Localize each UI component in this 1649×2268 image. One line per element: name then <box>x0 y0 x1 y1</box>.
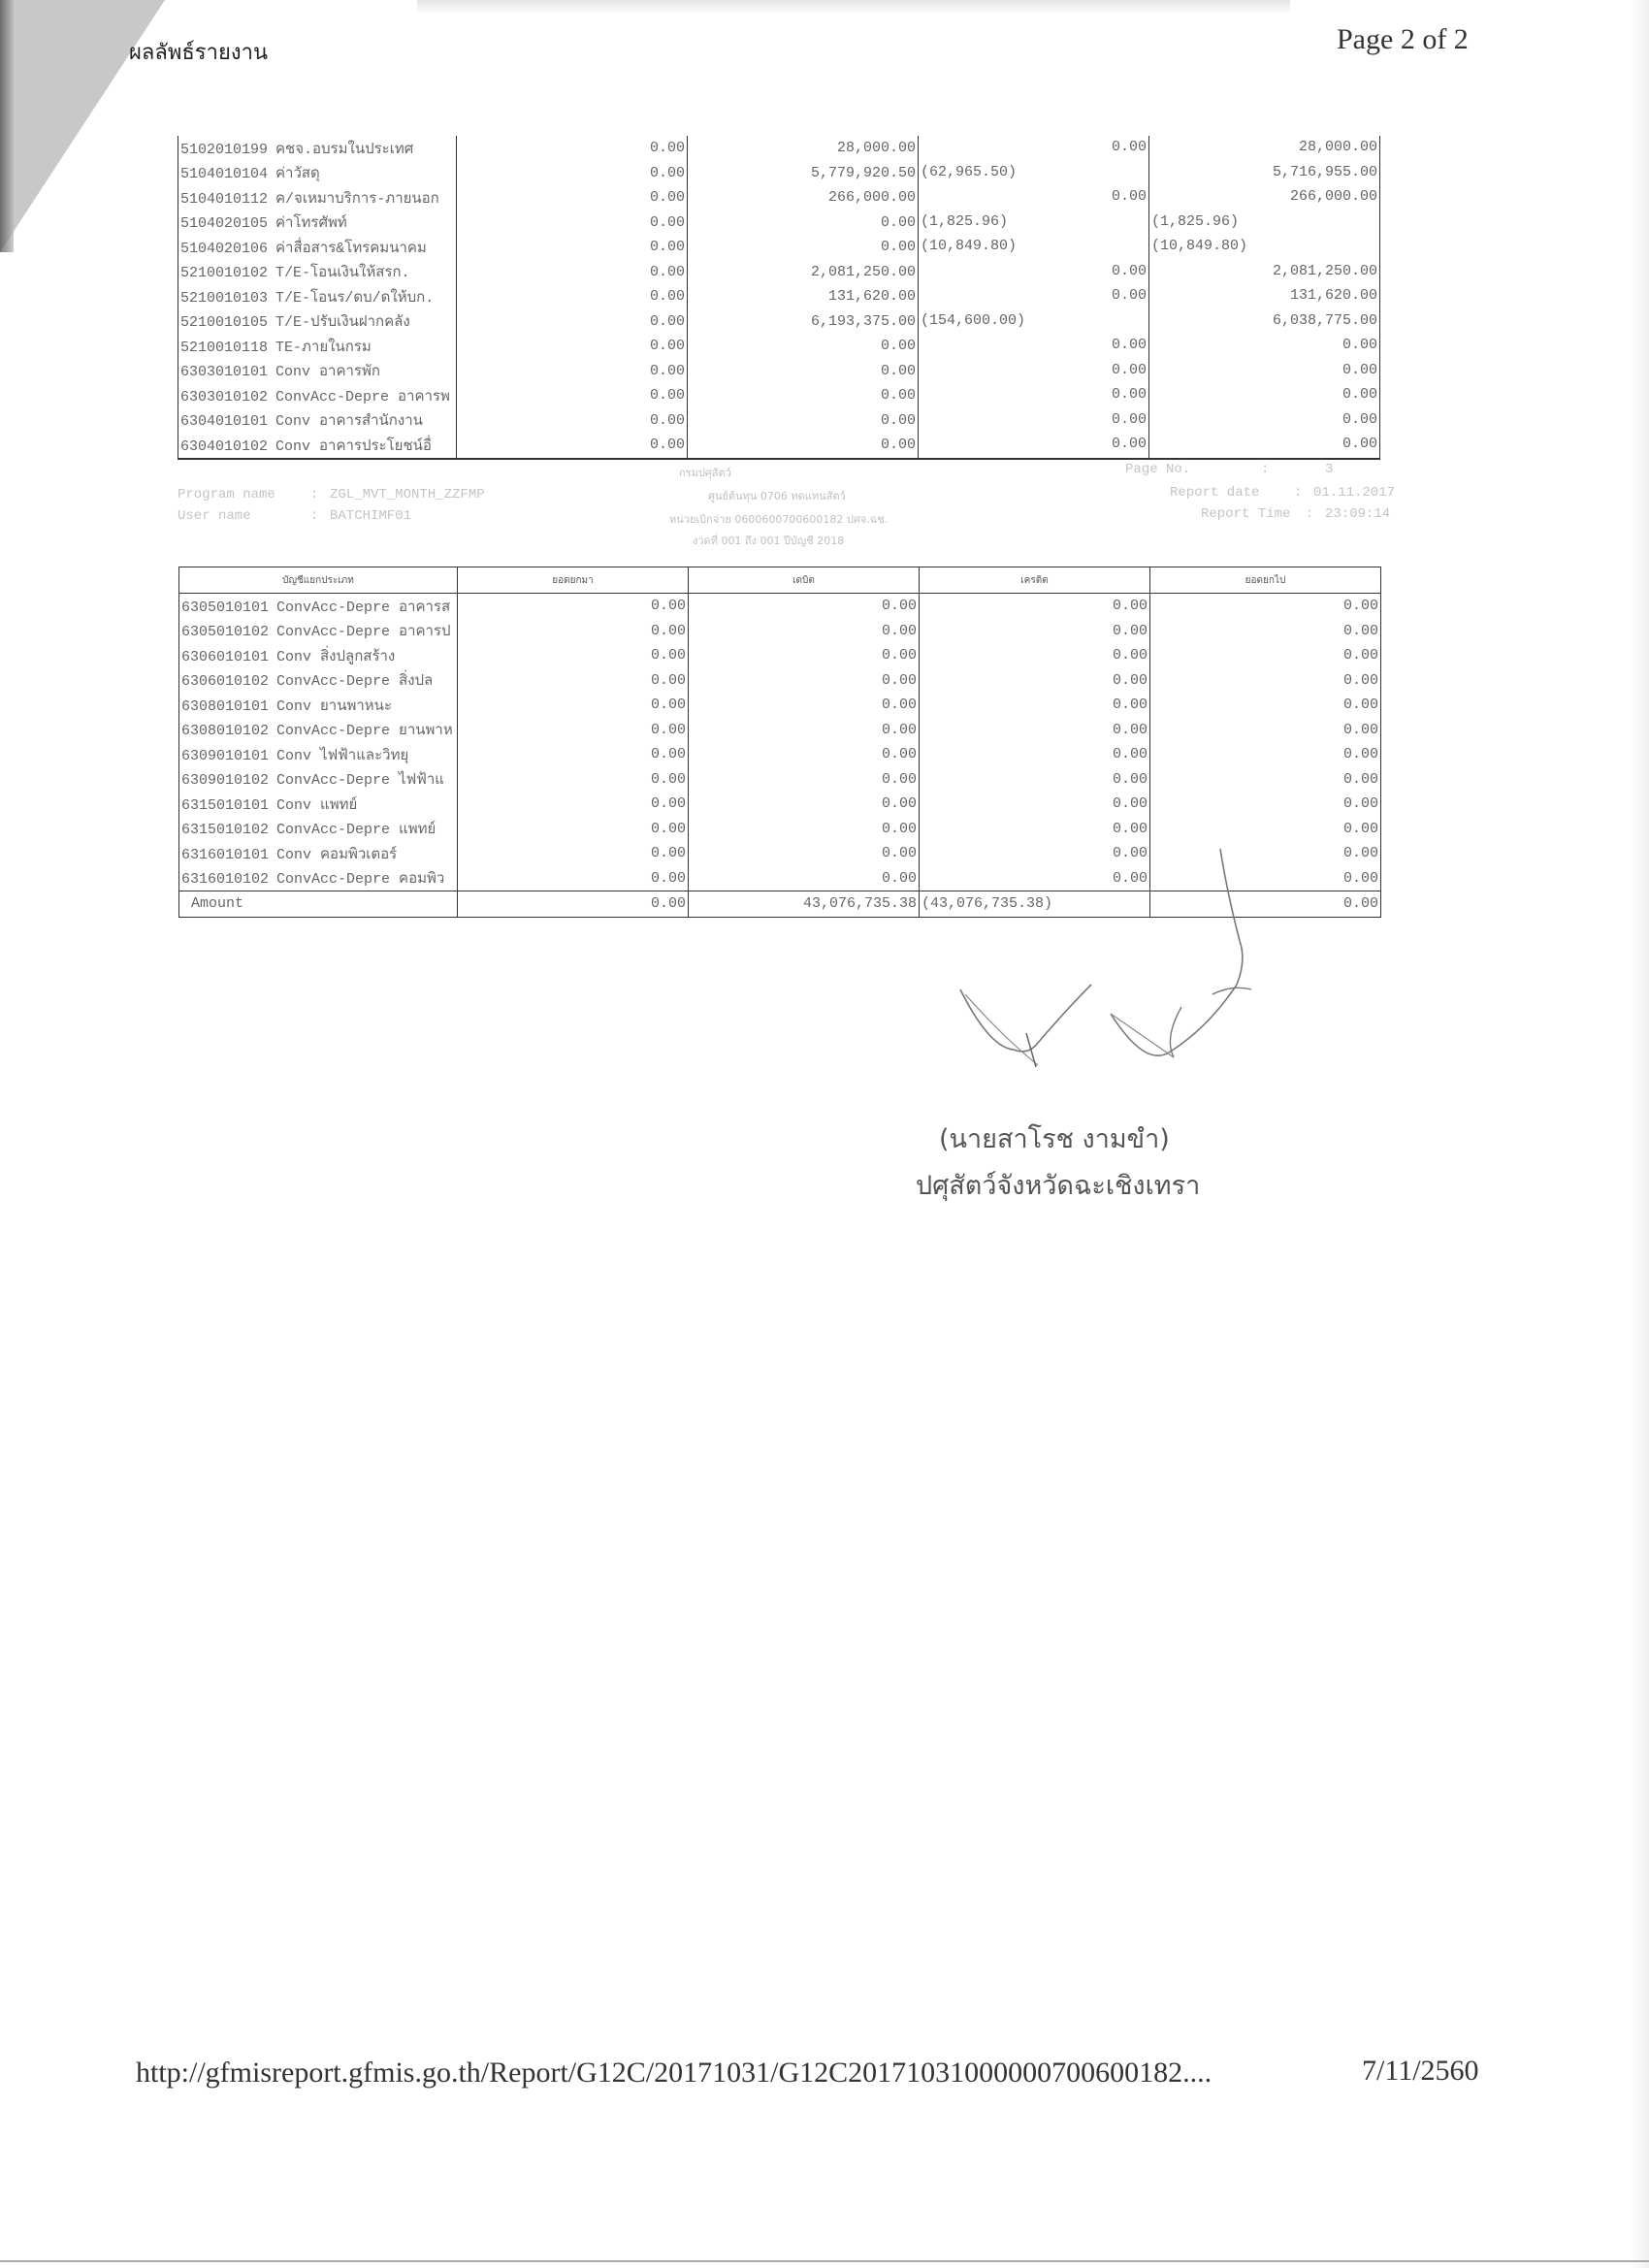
debit-cell: 0.00 <box>689 767 920 793</box>
col-header-brought-forward: ยอดยกมา <box>458 567 689 594</box>
debit-cell: 0.00 <box>689 718 920 743</box>
table-row: 6308010102ConvAcc-Depre ยานพาห0.000.000.… <box>179 718 1381 743</box>
debit-cell: 0.00 <box>688 334 919 359</box>
credit-cell: 0.00 <box>919 284 1149 309</box>
user-name-value: BATCHIMF01 <box>330 508 411 524</box>
account-cell: 5104020105ค่าโทรศัพท์ <box>178 211 457 236</box>
carry-forward-cell: 5,716,955.00 <box>1149 161 1380 186</box>
table-row: 5210010118TE-ภายในกรม0.000.000.000.00 <box>178 334 1380 359</box>
brought-forward-cell: 0.00 <box>458 817 689 842</box>
col-header-account: บัญชีแยกประเภท <box>179 567 458 594</box>
credit-cell: 0.00 <box>920 643 1150 668</box>
carry-value: 0.00 <box>1342 362 1377 378</box>
credit-cell: (10,849.80) <box>919 235 1149 260</box>
brought-forward-cell: 0.00 <box>458 866 689 891</box>
signer-name: (นายสาโรช งามขำ) <box>939 1118 1170 1159</box>
page-no-colon: : <box>1261 462 1269 477</box>
debit-cell: 28,000.00 <box>688 136 919 161</box>
account-name: ConvAcc-Depre อาคารป <box>276 624 451 640</box>
debit-cell: 0.00 <box>688 235 919 260</box>
table-row: 6306010102ConvAcc-Depre สิ่งปล0.000.000.… <box>179 668 1381 694</box>
table-row: 5104020105ค่าโทรศัพท์0.000.00(1,825.96)(… <box>178 211 1380 236</box>
credit-cell: 0.00 <box>920 742 1150 767</box>
account-cell: 5210010102T/E-โอนเงินให้สรก. <box>178 260 457 285</box>
credit-cell: (154,600.00) <box>919 309 1149 335</box>
brought-forward-cell: 0.00 <box>457 235 688 260</box>
account-cell: 6316010101Conv คอมพิวเตอร์ <box>179 841 458 866</box>
account-cell: 5104010104ค่าวัสดุ <box>178 161 457 186</box>
account-code: 6315010101 <box>181 797 269 814</box>
account-code: 5104010104 <box>180 166 268 182</box>
carry-value: 266,000.00 <box>1290 188 1377 205</box>
account-code: 5104020106 <box>180 241 268 257</box>
account-name: ConvAcc-Depre สิ่งปล <box>276 673 433 690</box>
brought-forward-cell: 0.00 <box>458 693 689 718</box>
table-row: 6309010102ConvAcc-Depre ไฟฟ้าแ0.000.000.… <box>179 767 1381 793</box>
credit-value: 0.00 <box>1112 337 1147 353</box>
carry-value: 5,716,955.00 <box>1273 164 1377 180</box>
table-row: 5104010112ค/จเหมาบริการ-ภายนอก0.00266,00… <box>178 185 1380 211</box>
report-date-label: Report date <box>1170 485 1259 501</box>
brought-forward-cell: 0.00 <box>458 742 689 767</box>
credit-cell: 0.00 <box>919 334 1149 359</box>
brought-forward-cell: 0.00 <box>457 161 688 186</box>
brought-forward-cell: 0.00 <box>458 841 689 866</box>
table-row: 6308010101Conv ยานพาหนะ0.000.000.000.00 <box>179 693 1381 718</box>
brought-forward-cell: 0.00 <box>457 284 688 309</box>
credit-cell: 0.00 <box>919 260 1149 285</box>
carry-forward-cell: 0.00 <box>1149 359 1380 384</box>
carry-value: 131,620.00 <box>1290 287 1377 304</box>
credit-value: 0.00 <box>1112 263 1147 279</box>
credit-negative-value: (1,825.96) <box>921 213 1008 230</box>
brought-forward-cell: 0.00 <box>457 185 688 211</box>
credit-value: 0.00 <box>1112 411 1147 428</box>
handwritten-signature <box>931 834 1261 1086</box>
account-code: 6306010101 <box>181 649 269 665</box>
table-row: 5104010104ค่าวัสดุ0.005,779,920.50(62,96… <box>178 161 1380 186</box>
carry-forward-cell: (1,825.96) <box>1149 211 1380 236</box>
credit-cell: 0.00 <box>920 668 1150 694</box>
debit-cell: 0.00 <box>689 866 920 891</box>
credit-negative-value: (62,965.50) <box>921 164 1017 180</box>
account-code: 6303010101 <box>180 364 268 380</box>
table-row: 6304010101Conv อาคารสำนักงาน0.000.000.00… <box>178 408 1380 434</box>
credit-cell: 0.00 <box>919 359 1149 384</box>
page-no-label: Page No. <box>1125 462 1190 477</box>
credit-value: 0.00 <box>1112 386 1147 403</box>
credit-cell: (62,965.50) <box>919 161 1149 186</box>
account-code: 6306010102 <box>181 673 269 690</box>
scan-bottom-edge <box>0 2260 1649 2262</box>
credit-cell: 0.00 <box>919 408 1149 434</box>
account-code: 5210010103 <box>180 290 268 307</box>
credit-cell: 0.00 <box>920 594 1150 619</box>
scan-right-shadow <box>1630 0 1649 2268</box>
debit-cell: 0.00 <box>689 817 920 842</box>
footer-date: 7/11/2560 <box>1362 2055 1479 2088</box>
page-indicator: Page 2 of 2 <box>1337 23 1469 56</box>
carry-value: 28,000.00 <box>1299 139 1377 155</box>
credit-cell: 0.00 <box>920 619 1150 644</box>
credit-cell: 0.00 <box>920 792 1150 817</box>
table-row: 5210010102T/E-โอนเงินให้สรก.0.002,081,25… <box>178 260 1380 285</box>
table-row: 6303010101Conv อาคารพัก0.000.000.000.00 <box>178 359 1380 384</box>
report-time-label: Report Time <box>1201 506 1290 522</box>
account-cell: 6309010101Conv ไฟฟ้าและวิทยุ <box>179 742 458 767</box>
credit-cell: 0.00 <box>920 693 1150 718</box>
report-time-value: 23:09:14 <box>1325 506 1390 522</box>
unit-line: ศูนย์ต้นทุน 0706 ทดแทนสัตว์ <box>708 487 846 504</box>
account-code: 5210010118 <box>180 340 268 356</box>
account-name: ConvAcc-Depre ยานพาห <box>276 723 453 739</box>
debit-cell: 0.00 <box>689 792 920 817</box>
total-debit: 43,076,735.38 <box>689 891 920 918</box>
account-name: T/E-ปรับเงินฝากคลัง <box>275 314 410 331</box>
brought-forward-cell: 0.00 <box>457 260 688 285</box>
account-name: Conv แพทย์ <box>276 797 357 814</box>
brought-forward-cell: 0.00 <box>458 767 689 793</box>
account-code: 6309010102 <box>181 772 269 789</box>
table-row: 6303010102ConvAcc-Depre อาคารพ0.000.000.… <box>178 383 1380 408</box>
brought-forward-cell: 0.00 <box>458 718 689 743</box>
table-row: 6315010101Conv แพทย์0.000.000.000.00 <box>179 792 1381 817</box>
account-code: 6309010101 <box>181 748 269 764</box>
account-code: 5104010112 <box>180 191 268 208</box>
account-code: 6308010101 <box>181 698 269 715</box>
account-name: Conv คอมพิวเตอร์ <box>276 847 397 863</box>
debit-cell: 0.00 <box>689 693 920 718</box>
carry-forward-cell: 0.00 <box>1150 693 1381 718</box>
credit-value: 0.00 <box>1112 188 1147 205</box>
brought-forward-cell: 0.00 <box>457 334 688 359</box>
account-cell: 5104020106ค่าสื่อสาร&โทรคมนาคม <box>178 235 457 260</box>
account-cell: 5210010118TE-ภายในกรม <box>178 334 457 359</box>
carry-forward-cell: 0.00 <box>1150 792 1381 817</box>
user-name-colon: : <box>310 508 318 524</box>
account-name: ConvAcc-Depre คอมพิว <box>276 871 444 888</box>
account-code: 6305010102 <box>181 624 269 640</box>
document-title: ผลลัพธ์รายงาน <box>129 35 268 69</box>
account-name: Conv อาคารสำนักงาน <box>275 413 423 430</box>
table-row: 5210010103T/E-โอนร/ดบ/ดให้บก.0.00131,620… <box>178 284 1380 309</box>
debit-cell: 0.00 <box>689 841 920 866</box>
table-row: 5210010105T/E-ปรับเงินฝากคลัง0.006,193,3… <box>178 309 1380 335</box>
credit-value: 0.00 <box>1112 287 1147 304</box>
account-cell: 6308010102ConvAcc-Depre ยานพาห <box>179 718 458 743</box>
scan-top-shadow <box>417 0 1290 14</box>
brought-forward-cell: 0.00 <box>457 433 688 459</box>
report-date-value: 01.11.2017 <box>1313 485 1395 501</box>
carry-value: 0.00 <box>1342 337 1377 353</box>
carry-value: 6,038,775.00 <box>1273 312 1377 329</box>
debit-cell: 0.00 <box>688 408 919 434</box>
debit-cell: 0.00 <box>688 433 919 459</box>
program-name-value: ZGL_MVT_MONTH_ZZFMP <box>330 487 485 502</box>
dept-line: กรมปศุสัตว์ <box>679 464 731 481</box>
account-code: 6308010102 <box>181 723 269 739</box>
debit-cell: 0.00 <box>688 211 919 236</box>
table-row: 6305010102ConvAcc-Depre อาคารป0.000.000.… <box>179 619 1381 644</box>
total-brought-forward: 0.00 <box>458 891 689 918</box>
account-cell: 6309010102ConvAcc-Depre ไฟฟ้าแ <box>179 767 458 793</box>
account-cell: 6306010102ConvAcc-Depre สิ่งปล <box>179 668 458 694</box>
carry-forward-cell: 6,038,775.00 <box>1149 309 1380 335</box>
footer-url: http://gfmisreport.gfmis.go.th/Report/G1… <box>136 2057 1212 2090</box>
carry-forward-cell: 0.00 <box>1150 643 1381 668</box>
table-row: 5102010199คชจ.อบรมในประเทศ0.0028,000.000… <box>178 136 1380 161</box>
credit-cell: 0.00 <box>920 767 1150 793</box>
debit-cell: 0.00 <box>688 383 919 408</box>
carry-forward-cell: 0.00 <box>1149 433 1380 459</box>
brought-forward-cell: 0.00 <box>458 643 689 668</box>
agency-line: หน่วยเบิกจ่าย 0600600700600182 ปศจ.ฉช. <box>669 510 888 528</box>
carry-forward-cell: 0.00 <box>1150 619 1381 644</box>
brought-forward-cell: 0.00 <box>457 211 688 236</box>
account-name: ค่าโทรศัพท์ <box>275 215 347 232</box>
account-name: Conv สิ่งปลูกสร้าง <box>276 649 395 665</box>
account-cell: 6303010102ConvAcc-Depre อาคารพ <box>178 383 457 408</box>
account-cell: 6308010101Conv ยานพาหนะ <box>179 693 458 718</box>
account-code: 6316010101 <box>181 847 269 863</box>
carry-forward-cell: 28,000.00 <box>1149 136 1380 161</box>
credit-cell: 0.00 <box>919 383 1149 408</box>
account-code: 5104020105 <box>180 215 268 232</box>
brought-forward-cell: 0.00 <box>458 594 689 619</box>
carry-forward-cell: 0.00 <box>1150 742 1381 767</box>
account-cell: 5104010112ค/จเหมาบริการ-ภายนอก <box>178 185 457 211</box>
program-name-colon: : <box>310 487 318 502</box>
account-cell: 6305010101ConvAcc-Depre อาคารส <box>179 594 458 619</box>
credit-cell: 0.00 <box>919 136 1149 161</box>
account-code: 6303010102 <box>180 389 268 405</box>
account-cell: 6304010101Conv อาคารสำนักงาน <box>178 408 457 434</box>
credit-value: 0.00 <box>1112 436 1147 452</box>
carry-forward-cell: 0.00 <box>1150 767 1381 793</box>
account-code: 6315010102 <box>181 822 269 838</box>
debit-cell: 131,620.00 <box>688 284 919 309</box>
account-name: ConvAcc-Depre แพทย์ <box>276 822 436 838</box>
debit-cell: 266,000.00 <box>688 185 919 211</box>
debit-cell: 0.00 <box>689 643 920 668</box>
account-name: TE-ภายในกรม <box>275 340 372 356</box>
period-line: งวดที่ 001 ถึง 001 ปีบัญชี 2018 <box>693 532 844 549</box>
col-header-credit: เครดิต <box>920 567 1150 594</box>
account-cell: 6303010101Conv อาคารพัก <box>178 359 457 384</box>
account-name: ค่าวัสดุ <box>275 166 320 182</box>
total-label: Amount <box>179 891 458 918</box>
account-name: คชจ.อบรมในประเทศ <box>275 142 413 158</box>
debit-cell: 6,193,375.00 <box>688 309 919 335</box>
page-no-value: 3 <box>1325 462 1333 477</box>
carry-forward-cell: 0.00 <box>1150 718 1381 743</box>
debit-cell: 0.00 <box>689 619 920 644</box>
brought-forward-cell: 0.00 <box>457 383 688 408</box>
debit-cell: 0.00 <box>688 359 919 384</box>
brought-forward-cell: 0.00 <box>458 792 689 817</box>
brought-forward-cell: 0.00 <box>458 619 689 644</box>
carry-value: 0.00 <box>1342 386 1377 403</box>
account-code: 6304010101 <box>180 413 268 430</box>
table-row: 5104020106ค่าสื่อสาร&โทรคมนาคม0.000.00(1… <box>178 235 1380 260</box>
credit-value: 0.00 <box>1112 139 1147 155</box>
account-code: 5102010199 <box>180 142 268 158</box>
carry-negative-value: (10,849.80) <box>1151 238 1247 254</box>
carry-forward-cell: 0.00 <box>1149 383 1380 408</box>
credit-negative-value: (10,849.80) <box>921 238 1017 254</box>
debit-cell: 0.00 <box>689 742 920 767</box>
table-row: 6305010101ConvAcc-Depre อาคารส0.000.000.… <box>179 594 1381 619</box>
report-date-colon: : <box>1294 485 1302 501</box>
carry-forward-cell: 266,000.00 <box>1149 185 1380 211</box>
account-name: ค่าสื่อสาร&โทรคมนาคม <box>275 241 427 257</box>
account-cell: 6306010101Conv สิ่งปลูกสร้าง <box>179 643 458 668</box>
debit-cell: 2,081,250.00 <box>688 260 919 285</box>
account-name: ConvAcc-Depre อาคารพ <box>275 389 450 405</box>
account-name: Conv ไฟฟ้าและวิทยุ <box>276 748 408 764</box>
credit-cell: 0.00 <box>919 433 1149 459</box>
carry-forward-cell: 0.00 <box>1150 668 1381 694</box>
carry-value: 2,081,250.00 <box>1273 263 1377 279</box>
brought-forward-cell: 0.00 <box>457 309 688 335</box>
carry-value: 0.00 <box>1342 436 1377 452</box>
report-time-colon: : <box>1306 506 1313 522</box>
credit-value: 0.00 <box>1112 362 1147 378</box>
account-code: 6316010102 <box>181 871 269 888</box>
carry-forward-cell: 0.00 <box>1150 594 1381 619</box>
account-cell: 5102010199คชจ.อบรมในประเทศ <box>178 136 457 161</box>
carry-forward-cell: (10,849.80) <box>1149 235 1380 260</box>
account-cell: 6316010102ConvAcc-Depre คอมพิว <box>179 866 458 891</box>
carry-value: 0.00 <box>1342 411 1377 428</box>
brought-forward-cell: 0.00 <box>457 359 688 384</box>
account-name: T/E-โอนร/ดบ/ดให้บก. <box>275 290 434 307</box>
table-header-row: บัญชีแยกประเภท ยอดยกมา เดบิต เครดิต ยอดย… <box>179 567 1381 594</box>
account-name: ConvAcc-Depre อาคารส <box>276 599 450 616</box>
credit-cell: 0.00 <box>920 718 1150 743</box>
account-cell: 5210010105T/E-ปรับเงินฝากคลัง <box>178 309 457 335</box>
account-name: Conv ยานพาหนะ <box>276 698 392 715</box>
carry-forward-cell: 0.00 <box>1149 408 1380 434</box>
account-cell: 6304010102Conv อาคารประโยชน์อื่ <box>178 433 457 459</box>
account-code: 6304010102 <box>180 438 268 455</box>
account-name: Conv อาคารพัก <box>275 364 380 380</box>
ledger-table-continued: 5102010199คชจ.อบรมในประเทศ0.0028,000.000… <box>178 136 1380 460</box>
program-name-label: Program name <box>178 487 275 502</box>
debit-cell: 0.00 <box>689 594 920 619</box>
brought-forward-cell: 0.00 <box>457 136 688 161</box>
col-header-carry-forward: ยอดยกไป <box>1150 567 1381 594</box>
table-row: 6306010101Conv สิ่งปลูกสร้าง0.000.000.00… <box>179 643 1381 668</box>
account-name: T/E-โอนเงินให้สรก. <box>275 265 410 281</box>
account-cell: 5210010103T/E-โอนร/ดบ/ดให้บก. <box>178 284 457 309</box>
brought-forward-cell: 0.00 <box>457 408 688 434</box>
col-header-debit: เดบิต <box>689 567 920 594</box>
account-name: ค/จเหมาบริการ-ภายนอก <box>275 191 439 208</box>
carry-forward-cell: 131,620.00 <box>1149 284 1380 309</box>
table-row: 6304010102Conv อาคารประโยชน์อื่0.000.000… <box>178 433 1380 459</box>
credit-negative-value: (154,600.00) <box>921 312 1025 329</box>
account-cell: 6305010102ConvAcc-Depre อาคารป <box>179 619 458 644</box>
debit-cell: 0.00 <box>689 668 920 694</box>
carry-negative-value: (1,825.96) <box>1151 213 1239 230</box>
account-code: 5210010102 <box>180 265 268 281</box>
account-cell: 6315010101Conv แพทย์ <box>179 792 458 817</box>
carry-forward-cell: 2,081,250.00 <box>1149 260 1380 285</box>
table-row: 6309010101Conv ไฟฟ้าและวิทยุ0.000.000.00… <box>179 742 1381 767</box>
signer-position: ปศุสัตว์จังหวัดฉะเชิงเทรา <box>916 1164 1200 1206</box>
account-name: Conv อาคารประโยชน์อื่ <box>275 438 432 455</box>
brought-forward-cell: 0.00 <box>458 668 689 694</box>
account-code: 5210010105 <box>180 314 268 331</box>
scan-edge-shadow <box>0 0 14 252</box>
account-cell: 6315010102ConvAcc-Depre แพทย์ <box>179 817 458 842</box>
user-name-label: User name <box>178 508 251 524</box>
account-code: 6305010101 <box>181 599 269 616</box>
account-name: ConvAcc-Depre ไฟฟ้าแ <box>276 772 444 789</box>
debit-cell: 5,779,920.50 <box>688 161 919 186</box>
credit-cell: (1,825.96) <box>919 211 1149 236</box>
carry-forward-cell: 0.00 <box>1149 334 1380 359</box>
credit-cell: 0.00 <box>919 185 1149 211</box>
